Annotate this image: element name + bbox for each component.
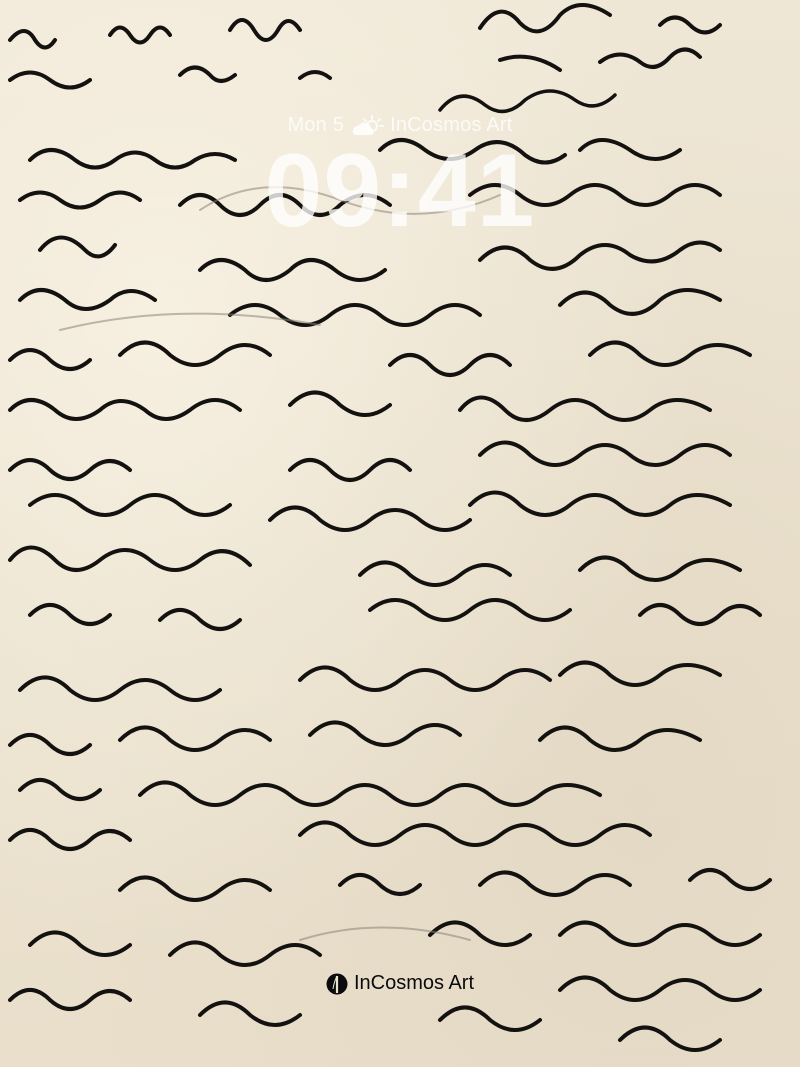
incosmos-logo-icon bbox=[326, 973, 348, 995]
footer-brand[interactable]: InCosmos Art bbox=[0, 972, 800, 995]
clock-time: 09:41 bbox=[265, 139, 536, 243]
lock-screen-overlay: Mon 5 InCosmos Art 09:41 bbox=[0, 0, 800, 243]
footer-brand-label: InCosmos Art bbox=[354, 972, 474, 995]
